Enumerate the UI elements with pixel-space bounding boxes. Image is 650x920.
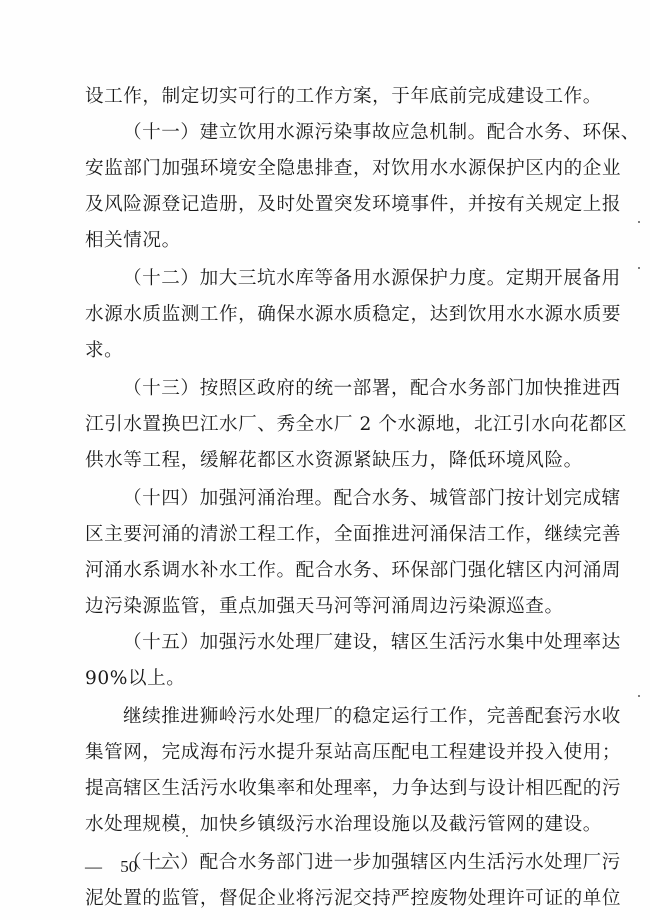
text-line: 提高辖区生活污水收集率和处理率，力争达到与设计相匹配的污 (85, 777, 565, 801)
text-line: （十五）加强污水处理厂建设，辖区生活污水集中处理率达 (123, 631, 565, 655)
text-line: 相关情况。 (85, 229, 565, 253)
scan-speck (186, 835, 188, 837)
text-line: 供水等工程，缓解花都区水资源紧缺压力，降低环境风险。 (85, 449, 565, 473)
scan-speck (638, 695, 640, 697)
text-line: （十四）加强河涌治理。配合水务、城管部门按计划完成辖 (123, 487, 565, 511)
text-line: 河涌水系调水补水工作。配合水务、环保部门强化辖区内河涌周 (85, 559, 565, 583)
text-line: 水源水质监测工作，确保水源水质稳定，达到饮用水水源水质要 (85, 303, 565, 327)
text-line: 求。 (85, 339, 565, 363)
text-line: 继续推进狮岭污水处理厂的稳定运行工作，完善配套污水收 (123, 705, 565, 729)
text-line: 泥处置的监管，督促企业将污泥交持严控废物处理许可证的单位 (85, 887, 565, 911)
text-line: 边污染源监管，重点加强天马河等河涌周边污染源巡查。 (85, 595, 565, 619)
page-number: — 50 — (85, 857, 173, 877)
text-line: （十六）配合水务部门进一步加强辖区内生活污水处理厂污 (123, 851, 565, 875)
text-line: 及风险源登记造册，及时处置突发环境事件，并按有关规定上报 (85, 193, 565, 217)
text-line: （十三）按照区政府的统一部署，配合水务部门加快推进西 (123, 377, 565, 401)
scan-speck (638, 221, 640, 223)
text-line: 集管网，完成海布污水提升泵站高压配电工程建设并投入使用； (85, 741, 565, 765)
text-line: 江引水置换巴江水厂、秀全水厂 2 个水源地，北江引水向花都区 (85, 413, 565, 437)
document-page: 设工作，制定切实可行的工作方案，于年底前完成建设工作。（十一）建立饮用水源污染事… (0, 0, 650, 920)
text-line: 90%以上。 (85, 667, 565, 691)
text-line: 设工作，制定切实可行的工作方案，于年底前完成建设工作。 (85, 85, 565, 109)
scan-speck (638, 267, 640, 269)
text-line: （十二）加大三坑水库等备用水源保护力度。定期开展备用 (123, 267, 565, 291)
text-line: 水处理规模，加快乡镇级污水治理设施以及截污管网的建设。 (85, 813, 565, 837)
text-line: 区主要河涌的清淤工程工作，全面推进河涌保洁工作，继续完善 (85, 523, 565, 547)
text-line: 安监部门加强环境安全隐患排查，对饮用水水源保护区内的企业 (85, 157, 565, 181)
text-line: （十一）建立饮用水源污染事故应急机制。配合水务、环保、 (123, 121, 565, 145)
